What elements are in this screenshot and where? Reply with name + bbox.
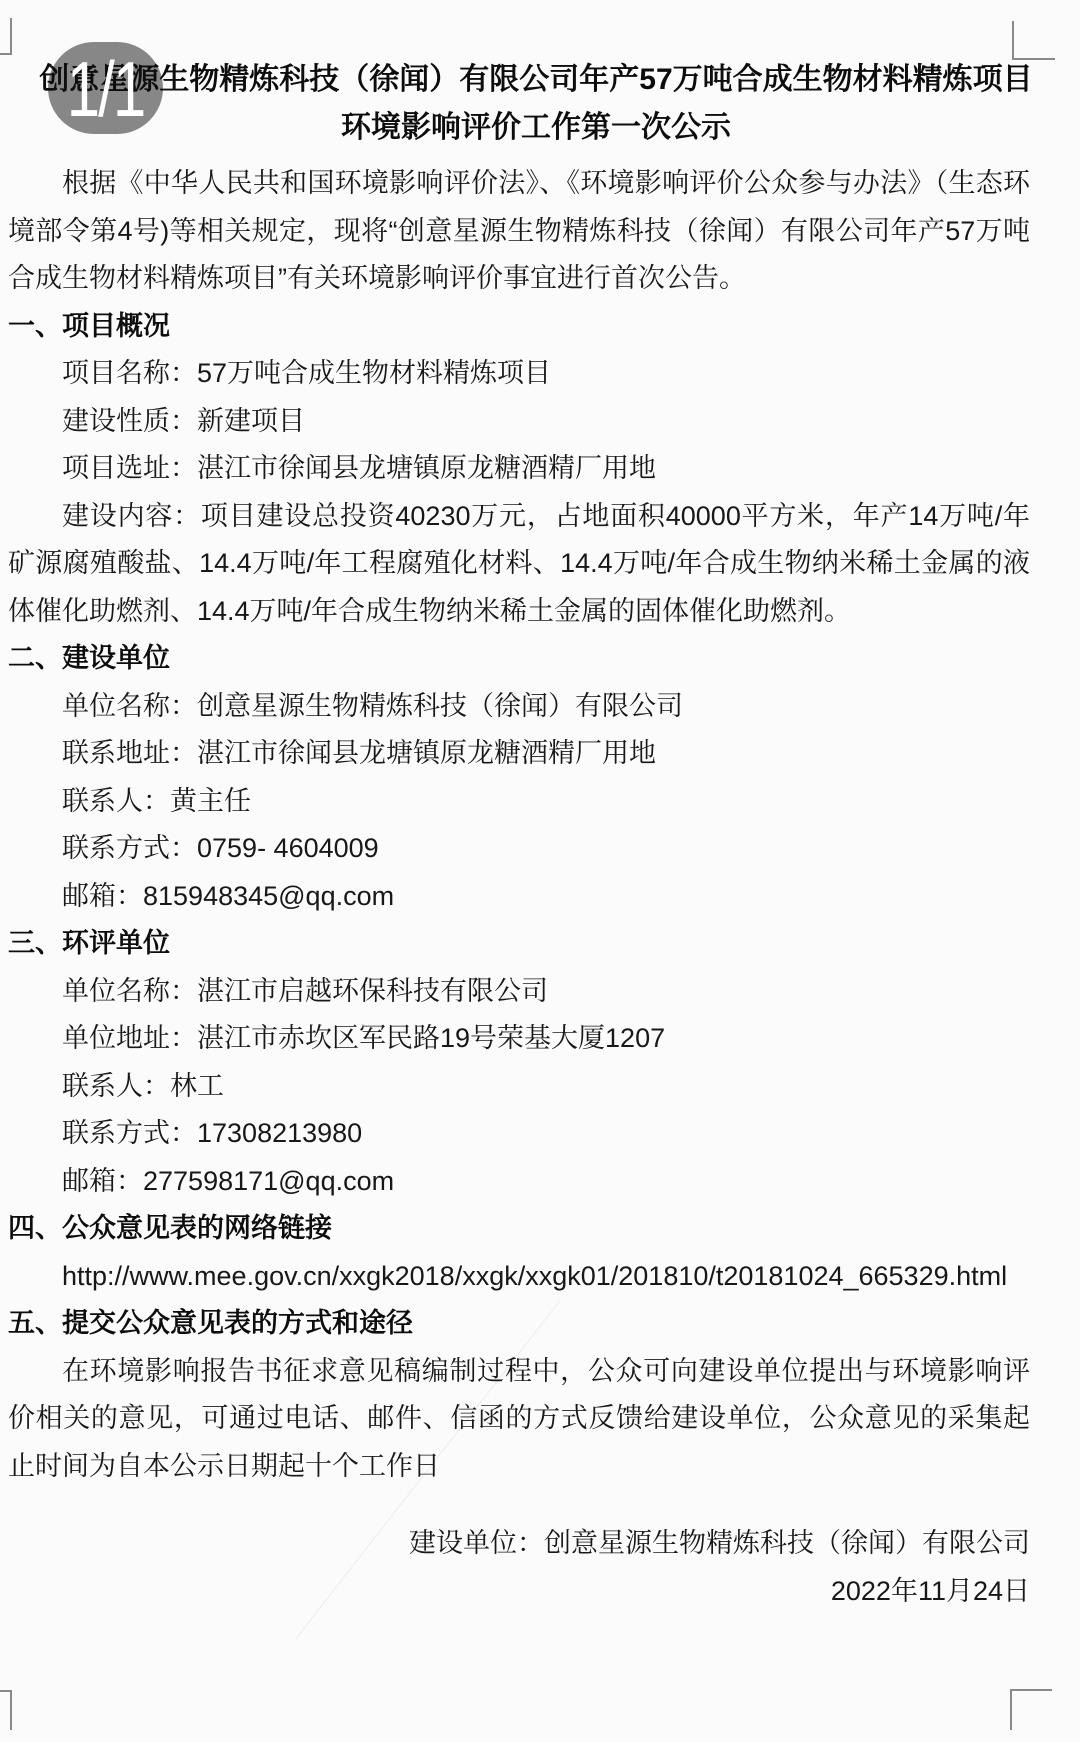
project-site-line: 项目选址：湛江市徐闻县龙塘镇原龙糖酒精厂用地 <box>8 445 1030 493</box>
contact-address-line: 联系地址：湛江市徐闻县龙塘镇原龙糖酒精厂用地 <box>8 730 1030 778</box>
feedback-form-url: http://www.mee.gov.cn/xxgk2018/xxgk/xxgk… <box>8 1253 1030 1301</box>
document-content: 创意星源生物精炼科技（徐闻）有限公司年产57万吨合成生物材料精炼项目 环境影响评… <box>8 56 1030 1615</box>
contact-email-line: 邮箱：815948345@qq.com <box>8 873 1030 921</box>
section-heading-project-overview: 一、项目概况 <box>8 303 1030 351</box>
section-heading-submission-methods: 五、提交公众意见表的方式和途径 <box>8 1300 1030 1348</box>
eia-unit-name-line: 单位名称：湛江市启越环保科技有限公司 <box>8 968 1030 1016</box>
contact-phone-line: 联系方式：0759- 4604009 <box>8 825 1030 873</box>
page-indicator-label: 1/1 <box>48 30 163 150</box>
project-name-line: 项目名称：57万吨合成生物材料精炼项目 <box>8 350 1030 398</box>
contact-person-line: 联系人：黄主任 <box>8 778 1030 826</box>
footer-signature: 建设单位：创意星源生物精炼科技（徐闻）有限公司 <box>8 1520 1030 1568</box>
document-title-line2: 环境影响评价工作第一次公示 <box>10 104 1062 152</box>
unit-name-line: 单位名称：创意星源生物精炼科技（徐闻）有限公司 <box>8 683 1030 731</box>
scanned-document-page: 1/1 创意星源生物精炼科技（徐闻）有限公司年产57万吨合成生物材料精炼项目 环… <box>0 0 1080 1742</box>
construction-nature-line: 建设性质：新建项目 <box>8 398 1030 446</box>
section-heading-eia-unit: 三、环评单位 <box>8 920 1030 968</box>
eia-contact-person-line: 联系人：林工 <box>8 1063 1030 1111</box>
crop-mark-bottom-left-icon <box>0 1690 12 1730</box>
section-heading-feedback-form-link: 四、公众意见表的网络链接 <box>8 1205 1030 1253</box>
eia-unit-address-line: 单位地址：湛江市赤坎区军民路19号荣基大厦1207 <box>8 1015 1030 1063</box>
document-footer: 建设单位：创意星源生物精炼科技（徐闻）有限公司 2022年11月24日 <box>8 1520 1030 1615</box>
document-title-line1: 创意星源生物精炼科技（徐闻）有限公司年产57万吨合成生物材料精炼项目 <box>10 56 1062 104</box>
section-heading-construction-unit: 二、建设单位 <box>8 635 1030 683</box>
eia-contact-phone-line: 联系方式：17308213980 <box>8 1110 1030 1158</box>
crop-mark-top-right-icon <box>1012 21 1055 60</box>
intro-paragraph: 根据《中华人民共和国环境影响评价法》、《环境影响评价公众参与办法》（生态环境部令… <box>8 160 1030 303</box>
footer-date: 2022年11月24日 <box>8 1568 1030 1616</box>
crop-mark-bottom-right-icon <box>1010 1689 1052 1730</box>
construction-content-paragraph: 建设内容：项目建设总投资40230万元，占地面积40000平方米，年产14万吨/… <box>8 493 1030 636</box>
crop-mark-top-left-icon <box>0 18 12 55</box>
eia-contact-email-line: 邮箱：277598171@qq.com <box>8 1158 1030 1206</box>
submission-methods-paragraph: 在环境影响报告书征求意见稿编制过程中，公众可向建设单位提出与环境影响评价相关的意… <box>8 1348 1030 1491</box>
